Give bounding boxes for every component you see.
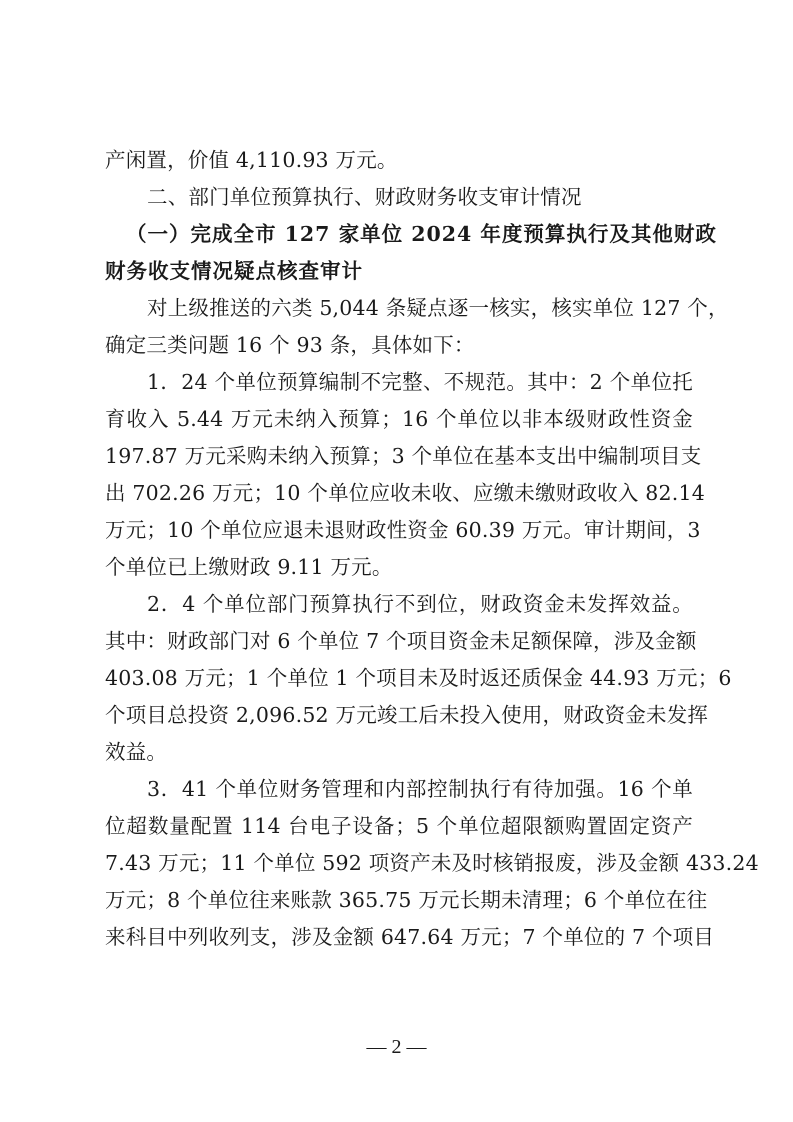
- paragraph-line: 产闲置，价值 4,110.93 万元。: [105, 142, 693, 179]
- paragraph-line: 万元；10 个单位应退未退财政性资金 60.39 万元。审计期间，3: [105, 512, 693, 549]
- paragraph-line: 来科目中列收列支，涉及金额 647.64 万元；7 个单位的 7 个项目: [105, 919, 693, 956]
- list-item-3: 3．41 个单位财务管理和内部控制执行有待加强。16 个单: [105, 771, 693, 808]
- list-item-1: 1．24 个单位预算编制不完整、不规范。其中：2 个单位托: [105, 364, 693, 401]
- paragraph-line: 出 702.26 万元；10 个单位应收未收、应缴未缴财政收入 82.14: [105, 475, 693, 512]
- paragraph-line: 7.43 万元；11 个单位 592 项资产未及时核销报废，涉及金额 433.2…: [105, 845, 693, 882]
- document-body: 产闲置，价值 4,110.93 万元。 二、部门单位预算执行、财政财务收支审计情…: [105, 142, 693, 956]
- page-number: — 2 —: [0, 1036, 793, 1059]
- paragraph-line: 万元；8 个单位往来账款 365.75 万元长期未清理；6 个单位在往: [105, 882, 693, 919]
- section-heading: 二、部门单位预算执行、财政财务收支审计情况: [105, 179, 693, 216]
- paragraph-line: 位超数量配置 114 台电子设备；5 个单位超限额购置固定资产: [105, 808, 693, 845]
- paragraph-line: 确定三类问题 16 个 93 条，具体如下：: [105, 327, 693, 364]
- paragraph-line: 197.87 万元采购未纳入预算；3 个单位在基本支出中编制项目支: [105, 438, 693, 475]
- paragraph-line: 个单位已上缴财政 9.11 万元。: [105, 549, 693, 586]
- subsection-heading-continued: 财务收支情况疑点核查审计: [105, 253, 693, 290]
- list-item-2: 2．4 个单位部门预算执行不到位，财政资金未发挥效益。: [105, 586, 693, 623]
- paragraph-line: 个项目总投资 2,096.52 万元竣工后未投入使用，财政资金未发挥: [105, 697, 693, 734]
- subsection-heading: （一）完成全市 127 家单位 2024 年度预算执行及其他财政: [105, 216, 693, 253]
- paragraph-line: 对上级推送的六类 5,044 条疑点逐一核实，核实单位 127 个，: [105, 290, 693, 327]
- paragraph-line: 其中：财政部门对 6 个单位 7 个项目资金未足额保障，涉及金额: [105, 623, 693, 660]
- paragraph-line: 育收入 5.44 万元未纳入预算；16 个单位以非本级财政性资金: [105, 401, 693, 438]
- paragraph-line: 403.08 万元；1 个单位 1 个项目未及时返还质保金 44.93 万元；6: [105, 660, 693, 697]
- paragraph-line: 效益。: [105, 734, 693, 771]
